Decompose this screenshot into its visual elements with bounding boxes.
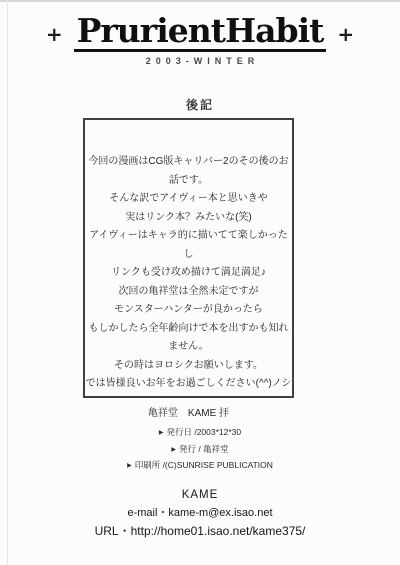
page-title: PrurientHabit: [74, 14, 327, 52]
publication-date: 発行日 /2003*12*30: [166, 427, 241, 437]
afterword-text: 今回の漫画はCG版キャリバー2のその後のお話です。 そんな訳でアイヴィー本と思い…: [85, 153, 292, 423]
plus-ornament-right: +: [337, 22, 354, 46]
afterword-box: 今回の漫画はCG版キャリバー2のその後のお話です。 そんな訳でアイヴィー本と思い…: [83, 118, 294, 398]
afterword-line: アイヴィーはキャラ的に描いてて楽しかったし: [85, 227, 292, 264]
afterword-line: では皆様良いお年をお過ごしください(^^)ノシ: [85, 375, 292, 394]
colophon-page: + PrurientHabit + 2003-WINTER 後記 今回の漫画はC…: [0, 0, 400, 565]
afterword-line: 次回の亀祥堂は全然未定ですが: [85, 283, 292, 302]
triangle-bullet-icon: ▶: [127, 463, 132, 469]
triangle-bullet-icon: ▶: [171, 447, 176, 453]
afterword-line: 実はリンク本？みたいな(笑): [85, 209, 292, 228]
publisher: 発行 / 亀祥堂: [179, 444, 229, 454]
afterword-heading: 後記: [0, 96, 400, 113]
triangle-bullet-icon: ▶: [159, 430, 164, 436]
publication-info: ▶発行日 /2003*12*30 ▶発行 / 亀祥堂 ▶印刷所 /(C)SUNR…: [0, 425, 400, 475]
afterword-line: リンクも受け攻め描けて満足満足♪: [85, 264, 292, 283]
title-row: + PrurientHabit +: [0, 14, 400, 52]
afterword-signature: 亀祥堂 KAME 拝: [85, 405, 292, 424]
afterword-line: モンスターハンターが良かったら: [85, 301, 292, 320]
afterword-line: そんな訳でアイヴィー本と思いきや: [85, 190, 292, 209]
contact-url: URL・http://home01.isao.net/kame375/: [0, 524, 400, 539]
afterword-line: もしかしたら全年齢向けで本を出すかも知れません。: [85, 320, 292, 357]
plus-ornament-left: +: [46, 22, 63, 46]
author-name: KAME: [0, 488, 400, 502]
publisher-line: ▶発行 / 亀祥堂: [0, 442, 400, 459]
afterword-line: 今回の漫画はCG版キャリバー2のその後のお話です。: [85, 153, 292, 190]
scan-top-edge-line: [0, 0, 400, 2]
printer: 印刷所 /(C)SUNRISE PUBLICATION: [135, 460, 273, 470]
printer-line: ▶印刷所 /(C)SUNRISE PUBLICATION: [0, 458, 400, 475]
publication-date-line: ▶発行日 /2003*12*30: [0, 425, 400, 442]
scan-left-edge-line: [7, 0, 8, 565]
afterword-line: その時はヨロシクお願いします。: [85, 357, 292, 376]
masthead: + PrurientHabit + 2003-WINTER: [0, 14, 400, 66]
edition-subtitle: 2003-WINTER: [0, 56, 400, 66]
contact-email: e-mail・kame-m@ex.isao.net: [0, 506, 400, 520]
